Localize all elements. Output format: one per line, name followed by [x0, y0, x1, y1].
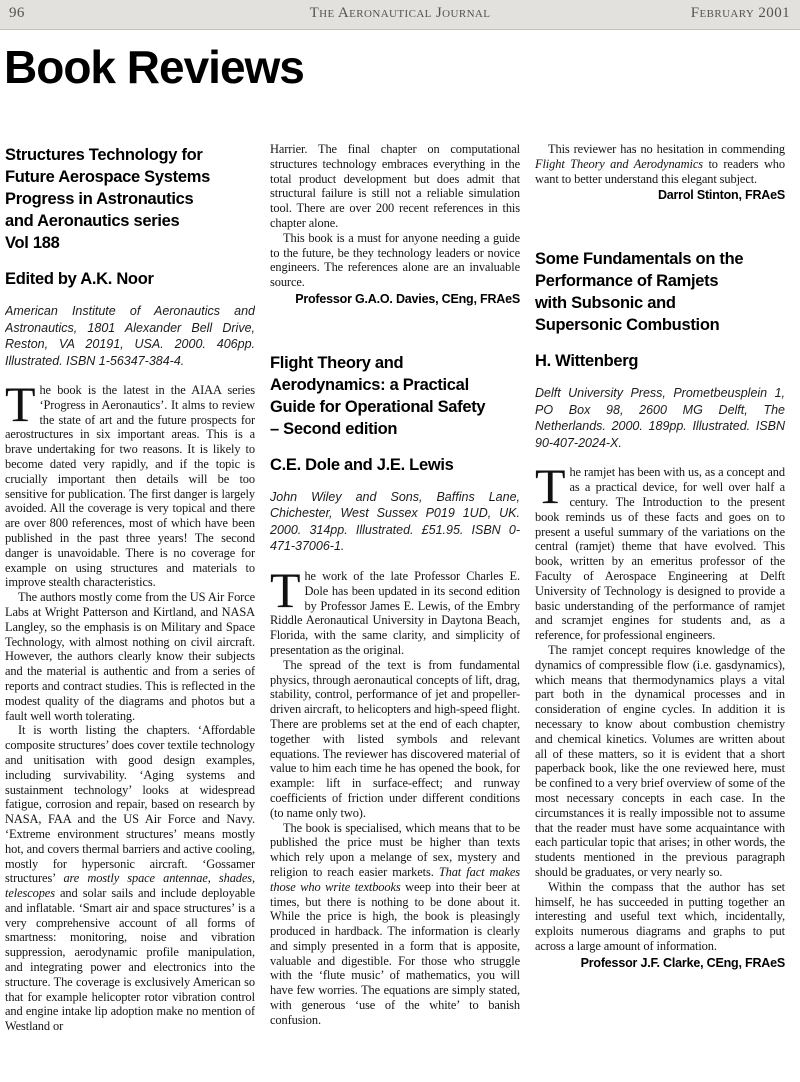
text-run: The ramjet concept requires knowledge of…: [535, 643, 785, 879]
drop-cap-letter: T: [5, 383, 39, 424]
paragraph: The work of the late Professor Charles E…: [270, 569, 520, 658]
text-run: This book is a must for anyone needing a…: [270, 231, 520, 289]
journal-page: 96 The Aeronautical Journal February 200…: [0, 0, 800, 1082]
text-run: weep into their beer at times, but there…: [270, 880, 520, 1027]
review-imprint: John Wiley and Sons, Baffins Lane, Chich…: [270, 489, 520, 555]
reviewer-signature: Professor J.F. Clarke, CEng, FRAeS: [535, 955, 785, 972]
text-run: Flight Theory and Aerodynamics: [535, 157, 703, 171]
drop-cap-letter: T: [535, 465, 569, 506]
review-title: Flight Theory and Aerodynamics: a Practi…: [270, 352, 520, 440]
issue-date: February 2001: [691, 5, 790, 22]
page-title: Book Reviews: [4, 44, 304, 90]
paragraph: This reviewer has no hesitation in comme…: [535, 142, 785, 186]
text-run: he work of the late Professor Charles E.…: [270, 569, 520, 657]
journal-header-bar: 96 The Aeronautical Journal February 200…: [0, 0, 800, 30]
review-imprint: Delft University Press, Prometbeusplein …: [535, 385, 785, 451]
paragraph: It is worth listing the chapters. ‘Affor…: [5, 723, 255, 1034]
text-run: he book is the latest in the AIAA series…: [5, 383, 255, 589]
drop-cap-letter: T: [270, 569, 304, 610]
text-run: The authors mostly come from the US Air …: [5, 590, 255, 722]
review-author: Edited by A.K. Noor: [5, 269, 255, 290]
text-run: Harrier. The final chapter on computatio…: [270, 142, 520, 230]
paragraph: The ramjet has been with us, as a concep…: [535, 465, 785, 643]
paragraph: The book is specialised, which means tha…: [270, 821, 520, 1028]
review-title: Structures Technology for Future Aerospa…: [5, 144, 255, 254]
reviewer-signature: Darrol Stinton, FRAeS: [535, 187, 785, 204]
column-3: This reviewer has no hesitation in comme…: [535, 142, 785, 1080]
column-1: Structures Technology for Future Aerospa…: [5, 142, 255, 1080]
paragraph: Within the compass that the author has s…: [535, 880, 785, 954]
review-imprint: American Institute of Aeronautics and As…: [5, 303, 255, 369]
paragraph: The book is the latest in the AIAA serie…: [5, 383, 255, 590]
review-author: C.E. Dole and J.E. Lewis: [270, 455, 520, 476]
text-run: This reviewer has no hesitation in comme…: [548, 142, 785, 156]
journal-title: The Aeronautical Journal: [310, 5, 491, 22]
paragraph: The authors mostly come from the US Air …: [5, 590, 255, 723]
review-author: H. Wittenberg: [535, 351, 785, 372]
reviewer-signature: Professor G.A.O. Davies, CEng, FRAeS: [270, 291, 520, 308]
text-run: It is worth listing the chapters. ‘Affor…: [5, 723, 255, 885]
text-run: he ramjet has been with us, as a concept…: [535, 465, 785, 642]
text-run: and solar sails and include deployable a…: [5, 886, 255, 1033]
column-2: Harrier. The final chapter on computatio…: [270, 142, 520, 1080]
page-number: 96: [9, 5, 25, 22]
paragraph: Harrier. The final chapter on computatio…: [270, 142, 520, 231]
text-run: The spread of the text is from fundament…: [270, 658, 520, 820]
paragraph: The spread of the text is from fundament…: [270, 658, 520, 821]
paragraph: The ramjet concept requires knowledge of…: [535, 643, 785, 880]
review-title: Some Fundamentals on the Performance of …: [535, 248, 785, 336]
paragraph: This book is a must for anyone needing a…: [270, 231, 520, 290]
text-run: Within the compass that the author has s…: [535, 880, 785, 953]
